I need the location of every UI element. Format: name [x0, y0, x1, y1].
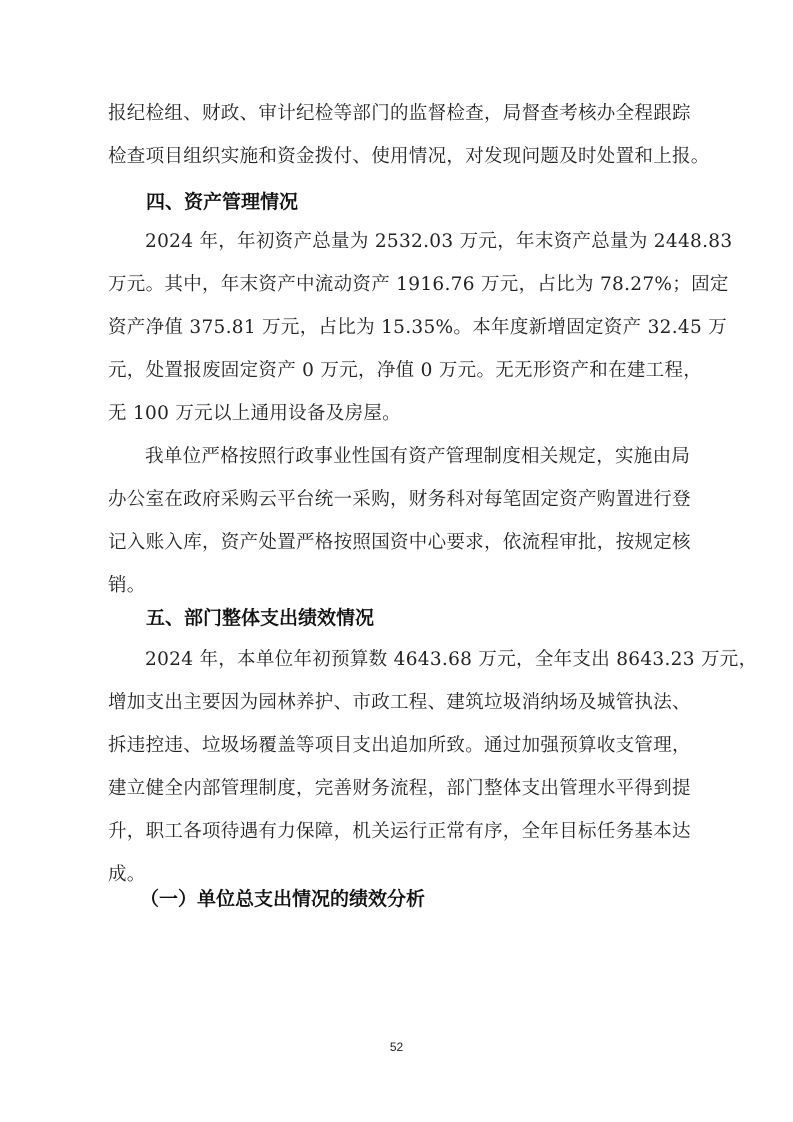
body-text-line: 销。: [108, 574, 688, 598]
body-text-line: 记入账入库，资产处置严格按照国资中心要求，依流程审批，按规定核: [108, 531, 688, 555]
subsection-heading: （一）单位总支出情况的绩效分析: [140, 884, 425, 911]
body-text-line: 元，处置报废固定资产 0 万元，净值 0 万元。无无形资产和在建工程，: [108, 359, 688, 383]
page-number: 52: [0, 1040, 793, 1054]
body-text-line: 升，职工各项待遇有力保障，机关运行正常有序，全年目标任务基本达: [108, 820, 688, 844]
body-text-line: 无 100 万元以上通用设备及房屋。: [108, 402, 688, 426]
body-text-line: 报纪检组、财政、审计纪检等部门的监督检查，局督查考核办全程跟踪: [108, 102, 688, 126]
body-text-line: 检查项目组织实施和资金拨付、使用情况，对发现问题及时处置和上报。: [108, 145, 688, 169]
body-text-line: 增加支出主要因为园林养护、市政工程、建筑垃圾消纳场及城管执法、: [108, 691, 688, 715]
section-heading-assets: 四、资产管理情况: [146, 187, 298, 214]
body-text-line: 办公室在政府采购云平台统一采购，财务科对每笔固定资产购置进行登: [108, 488, 688, 512]
body-text-line: 2024 年，年初资产总量为 2532.03 万元，年末资产总量为 2448.8…: [145, 230, 688, 254]
body-text-line: 2024 年，本单位年初预算数 4643.68 万元，全年支出 8643.23 …: [145, 648, 688, 672]
body-text-line: 资产净值 375.81 万元，占比为 15.35%。本年度新增固定资产 32.4…: [108, 316, 688, 340]
body-text-line: 我单位严格按照行政事业性国有资产管理制度相关规定，实施由局: [145, 445, 688, 469]
body-text-line: 万元。其中，年末资产中流动资产 1916.76 万元，占比为 78.27%；固定: [108, 273, 688, 297]
body-text-line: 拆违控违、垃圾场覆盖等项目支出追加所致。通过加强预算收支管理，: [108, 734, 688, 758]
body-text-line: 建立健全内部管理制度，完善财务流程，部门整体支出管理水平得到提: [108, 777, 688, 801]
section-heading-expenditure: 五、部门整体支出绩效情况: [146, 603, 374, 630]
